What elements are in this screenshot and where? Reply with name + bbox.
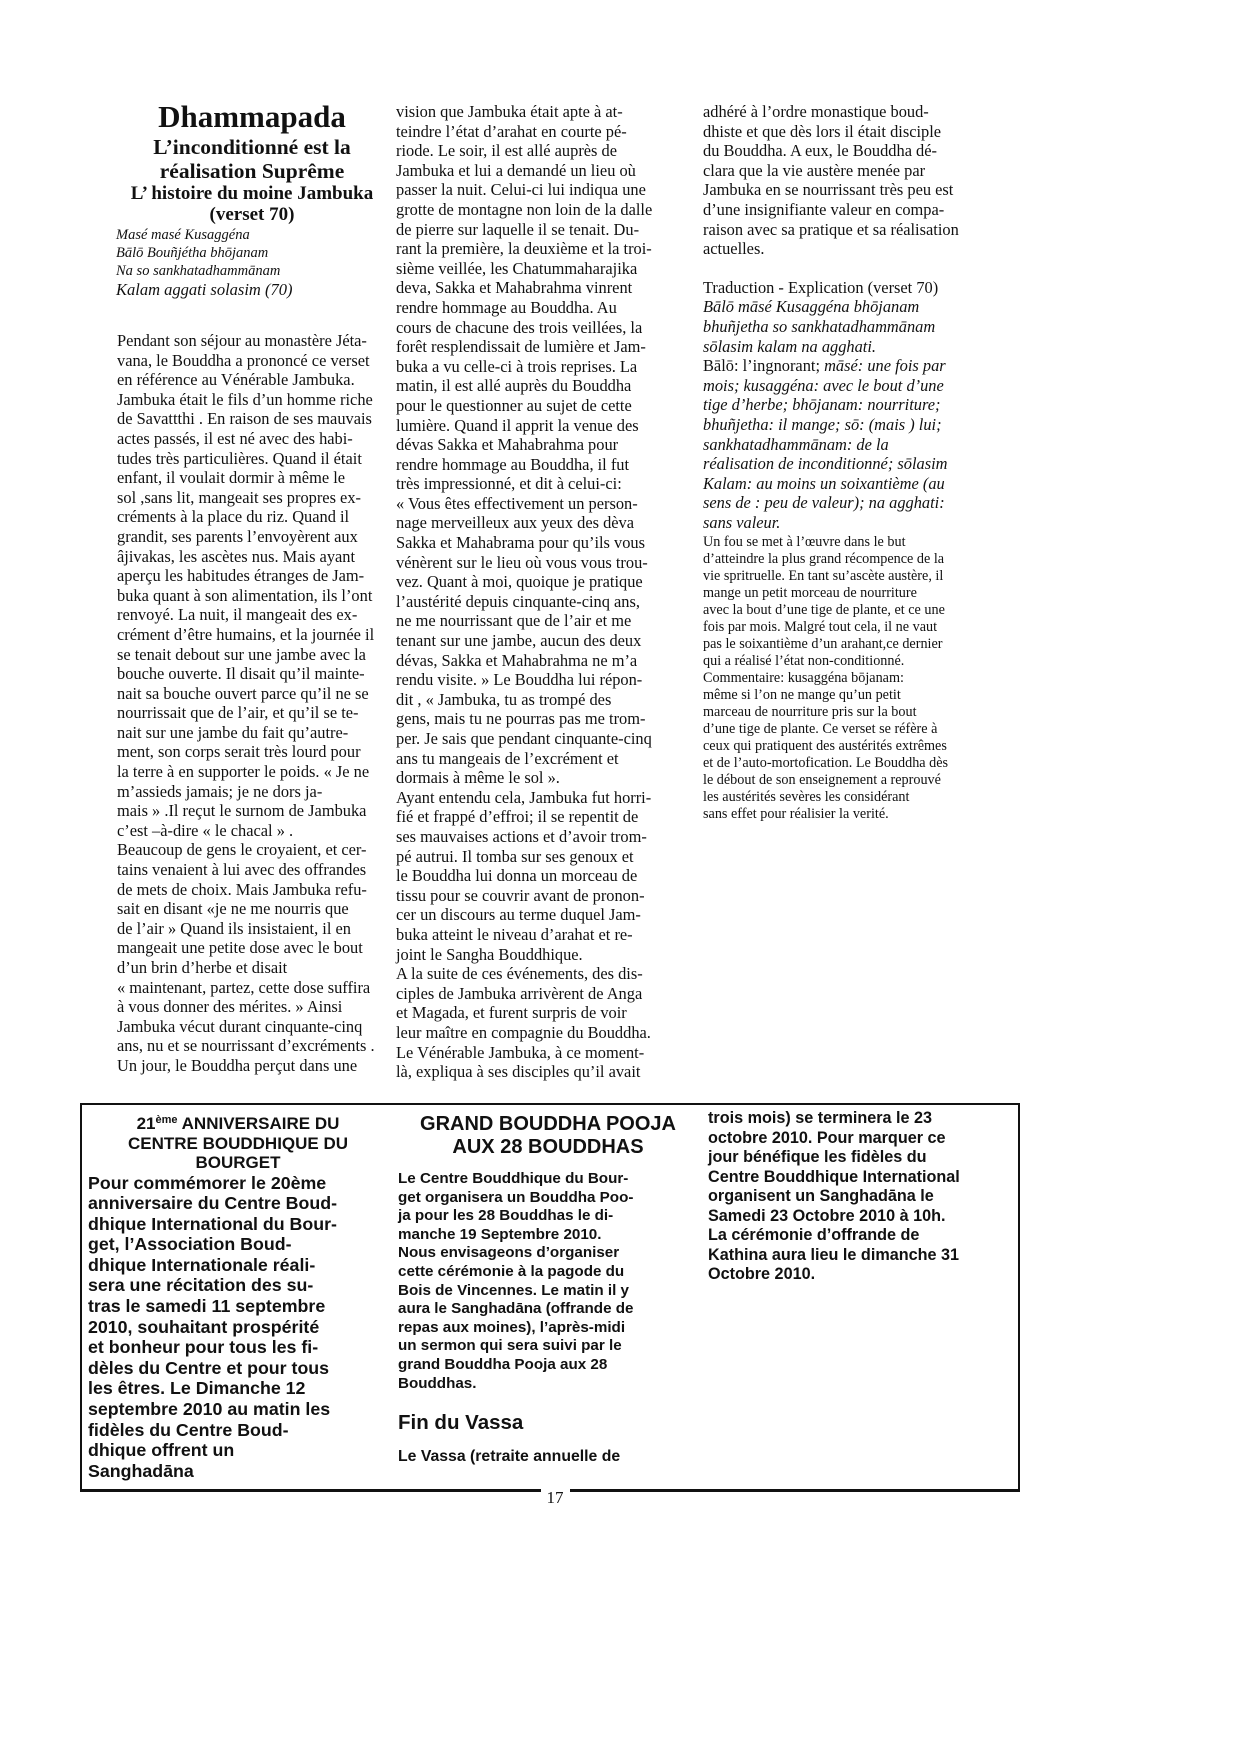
glossary: Bālō: l’ingnorant; māsé: une fois par mo…	[703, 356, 1003, 532]
pali-verse-last-line: Kalam aggati solasim (70)	[112, 280, 392, 300]
page-number: 17	[0, 1488, 1110, 1508]
vassa-body-continued: trois mois) se terminera le 23 octobre 2…	[708, 1109, 1008, 1285]
explanation-text: Un fou se met à l’œuvre dans le but d’at…	[703, 534, 1003, 823]
story-title: L’ histoire du moine Jambuka (verset 70)	[112, 183, 392, 225]
pooja-body: Le Centre Bouddhique du Bour- get organi…	[398, 1170, 698, 1393]
anniversary-number: 21	[137, 1114, 156, 1133]
pooja-heading: GRAND BOUDDHA POOJA AUX 28 BOUDDHAS	[398, 1113, 698, 1159]
translation-verse: Bālō māsé Kusaggéna bhōjanam bhuñjetha s…	[703, 297, 1003, 356]
vassa-body-start: Le Vassa (retraite annuelle de	[398, 1447, 698, 1467]
anniversary-announcement: 21ème ANNIVERSAIRE DU CENTRE BOUDDHIQUE …	[88, 1111, 388, 1481]
page-number-text: 17	[541, 1488, 570, 1507]
article-column-3: adhéré à l’ordre monastique boud- dhiste…	[703, 102, 1003, 823]
pooja-announcement: GRAND BOUDDHA POOJA AUX 28 BOUDDHAS Le C…	[398, 1113, 698, 1467]
translation-heading: Traduction - Explication (verset 70)	[703, 278, 1003, 298]
glossary-lead: Bālō: l’ingnorant;	[703, 356, 824, 375]
glossary-terms: māsé: une fois par mois; kusaggéna: avec…	[703, 356, 947, 532]
ordinal-suffix: ème	[156, 1114, 178, 1126]
anniversary-body: Pour commémorer le 20ème anniversaire du…	[88, 1173, 388, 1482]
vassa-heading: Fin du Vassa	[398, 1411, 698, 1435]
anniversary-heading: 21ème ANNIVERSAIRE DU CENTRE BOUDDHIQUE …	[88, 1111, 388, 1173]
article-body-col2: vision que Jambuka était apte à at- tein…	[396, 102, 701, 1082]
article-title: Dhammapada	[112, 100, 392, 134]
article-column-1: Dhammapada L’inconditionné est la réalis…	[112, 100, 392, 300]
announcements-box: 21ème ANNIVERSAIRE DU CENTRE BOUDDHIQUE …	[80, 1103, 1020, 1492]
article-body-col3: adhéré à l’ordre monastique boud- dhiste…	[703, 102, 1003, 259]
article-subtitle: L’inconditionné est la réalisation Suprê…	[112, 136, 392, 183]
article-body-col1: Pendant son séjour au monastère Jéta- va…	[117, 331, 397, 1076]
pali-verse: Masé masé Kusaggéna Bālō Bouñjétha bhōja…	[112, 226, 392, 280]
